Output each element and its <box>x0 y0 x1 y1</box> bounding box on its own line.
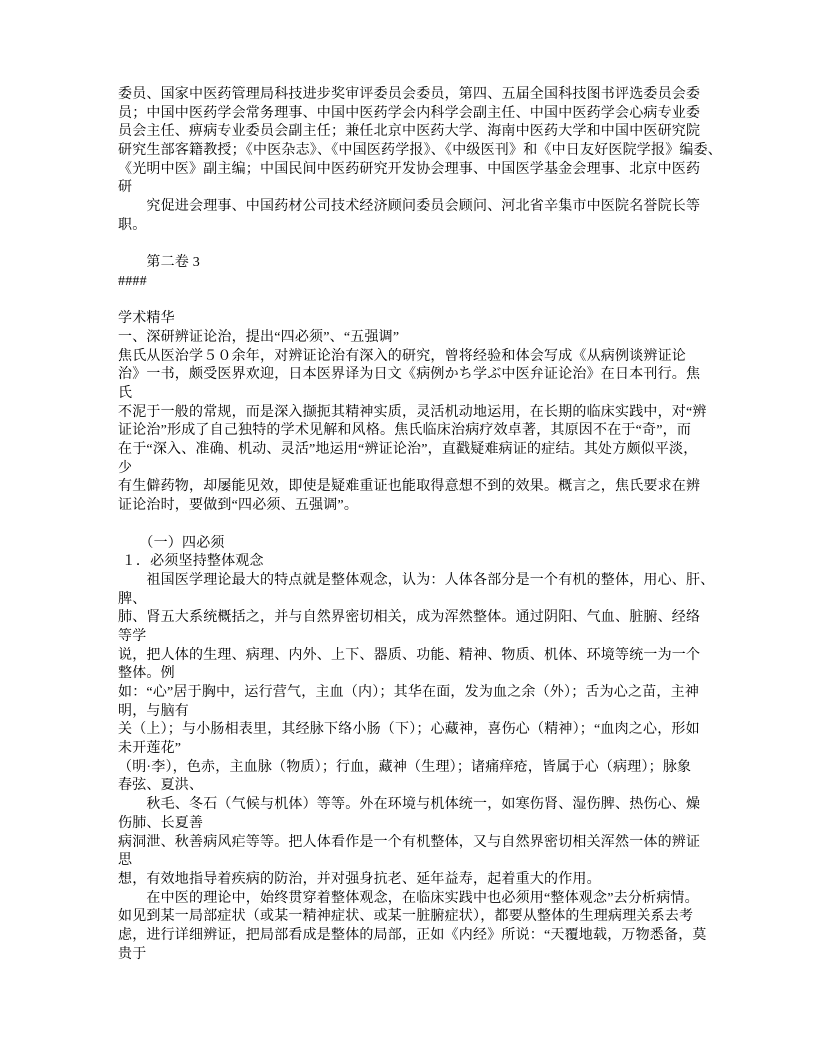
text-line: 说，把人体的生理、病理、内外、上下、器质、功能、精神、物质、机体、环境等统一为一… <box>118 647 720 666</box>
text-line: 《光明中医》副主编；中国民间中医药研究开发协会理事、中国医学基金会理事、北京中医… <box>118 161 720 180</box>
text-line: 在中医的理论中，始终贯穿着整体观念，在临床实践中也必须用“整体观念”去分析病情。 <box>118 890 720 909</box>
document-text: 委员、国家中医药管理局科技进步奖审评委员会委员，第四、五届全国科技图书评选委员会… <box>118 86 720 964</box>
text-line: （一）四必须 <box>118 535 720 554</box>
text-line: 氏 <box>118 385 720 404</box>
text-line: 思 <box>118 852 720 871</box>
text-line: 第二卷 3 <box>118 254 720 273</box>
text-line: 证论治”形成了自己独特的学术见解和风格。焦氏临床治病疗效卓著，其原因不在于“奇”… <box>118 422 720 441</box>
text-line: 有生僻药物，却屡能见效，即使是疑难重证也能取得意想不到的效果。概言之，焦氏要求在… <box>118 478 720 497</box>
text-line: 春弦、夏洪、 <box>118 777 720 796</box>
text-line: 关（上）；与小肠相表里，其经脉下络小肠（下）；心藏神，喜伤心（精神）；“血肉之心… <box>118 721 720 740</box>
text-line: 在于“深入、准确、机动、灵活”地运用“辨证论治”，直戳疑难病证的症结。其处方颇似… <box>118 441 720 460</box>
text-line: 病洞泄、秋善病风疟等等。把人体看作是一个有机整体，又与自然界密切相关浑然一体的辨… <box>118 834 720 853</box>
text-line: 研究生部客籍教授；《中医杂志》、《中国医药学报》、《中级医刊》和《中日友好医院学… <box>118 142 720 161</box>
text-line: 员会主任、痹病专业委员会副主任；兼任北京中医药大学、海南中医药大学和中国中医研究… <box>118 123 720 142</box>
text-line: 脾、 <box>118 591 720 610</box>
text-line: 等学 <box>118 628 720 647</box>
text-line: 秋毛、冬石（气候与机体）等等。外在环境与机体统一，如寒伤肾、湿伤脾、热伤心、燥 <box>118 796 720 815</box>
text-line: 究促进会理事、中国药材公司技术经济顾问委员会顾问、河北省辛集市中医院名誉院长等 <box>118 198 720 217</box>
text-line: 明，与脑有 <box>118 703 720 722</box>
text-line: #### <box>118 273 720 292</box>
text-line: 想，有效地指导着疾病的防治，并对强身抗老、延年益寿，起着重大的作用。 <box>118 871 720 890</box>
text-line: １．必须坚持整体观念 <box>118 553 720 572</box>
text-line: 证论治时，要做到“四必须、五强调”。 <box>118 497 720 516</box>
text-line: 委员、国家中医药管理局科技进步奖审评委员会委员，第四、五届全国科技图书评选委员会… <box>118 86 720 105</box>
text-line: 贵于 <box>118 946 720 965</box>
text-line: 祖国医学理论最大的特点就是整体观念，认为：人体各部分是一个有机的整体，用心、肝、 <box>118 572 720 591</box>
text-line <box>118 236 720 255</box>
text-line: 未开莲花” <box>118 740 720 759</box>
text-line: 伤肺、长夏善 <box>118 815 720 834</box>
text-line: 不泥于一般的常规，而是深入撷扼其精神实质，灵活机动地运用，在长期的临床实践中，对… <box>118 404 720 423</box>
text-line: 焦氏从医治学５０余年，对辨证论治有深入的研究，曾将经验和体会写成《从病例谈辨证论 <box>118 348 720 367</box>
text-line: 治》一书，颇受医界欢迎，日本医界译为日文《病例かち学ぶ中医弁证论治》在日本刊行。… <box>118 366 720 385</box>
document-page: 委员、国家中医药管理局科技进步奖审评委员会委员，第四、五届全国科技图书评选委员会… <box>0 0 816 1056</box>
text-line: 如见到某一局部症状（或某一精神症状、或某一脏腑症状），都要从整体的生理病理关系去… <box>118 908 720 927</box>
text-line: 职。 <box>118 217 720 236</box>
text-line <box>118 292 720 311</box>
text-line: 员；中国中医药学会常务理事、中国中医药学会内科学会副主任、中国中医药学会心病专业… <box>118 105 720 124</box>
text-line: 学术精华 <box>118 310 720 329</box>
text-line <box>118 516 720 535</box>
text-line: 如：“心”居于胸中，运行营气，主血（内）；其华在面，发为血之余（外）；舌为心之苗… <box>118 684 720 703</box>
text-line: 虑，进行详细辨证，把局部看成是整体的局部，正如《内经》所说：“天覆地载，万物悉备… <box>118 927 720 946</box>
text-line: 整体。例 <box>118 665 720 684</box>
text-line: 肺、肾五大系统概括之，并与自然界密切相关，成为浑然整体。通过阴阳、气血、脏腑、经… <box>118 609 720 628</box>
text-line: 少 <box>118 460 720 479</box>
text-line: 一、深研辨证论治，提出“四必须”、“五强调” <box>118 329 720 348</box>
text-line: 研 <box>118 179 720 198</box>
text-line: （明·李），色赤，主血脉（物质）；行血，藏神（生理）；诸痛痒疮，皆属于心（病理）… <box>118 759 720 778</box>
